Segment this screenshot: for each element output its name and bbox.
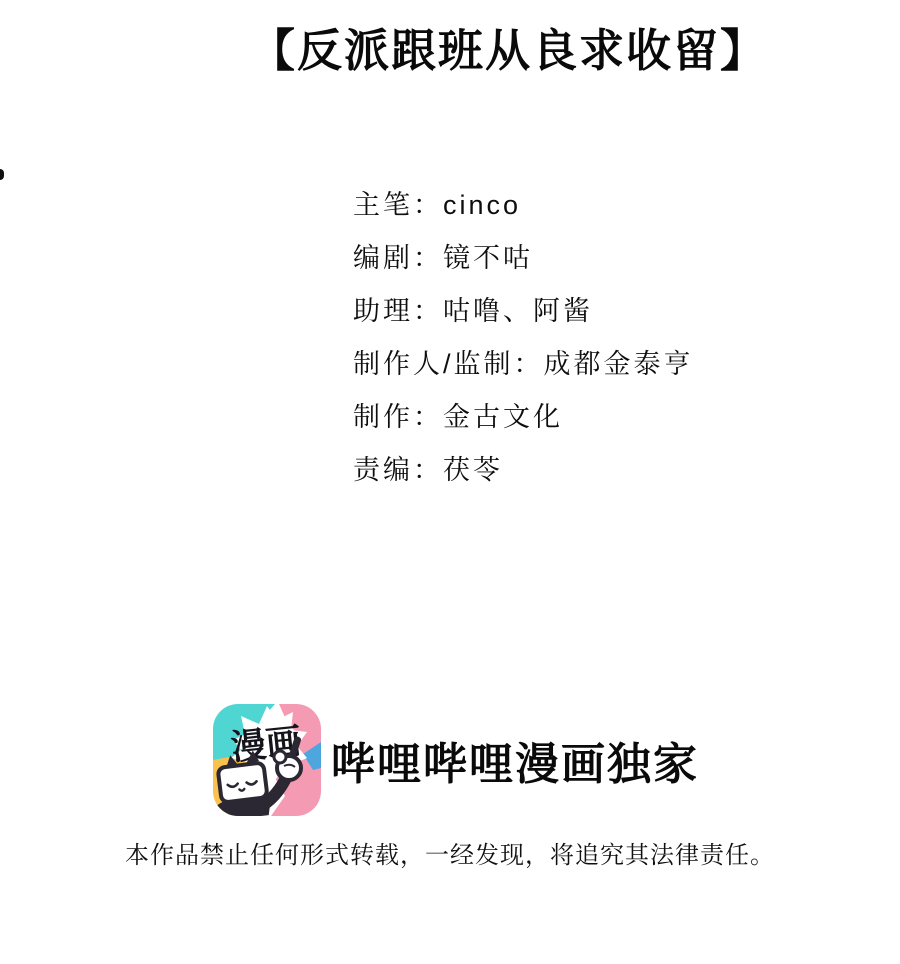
credits-list: 主笔：cinco 编剧：镜不咕 助理：咕噜、阿酱 制作人/监制：成都金泰亨 制作… [353, 179, 694, 497]
credit-row-assistant: 助理：咕噜、阿酱 [353, 285, 694, 338]
series-title: 【反派跟班从良求收留】 [250, 14, 767, 79]
credit-row-production: 制作：金古文化 [353, 391, 694, 444]
credit-value: 茯苓 [443, 455, 503, 485]
credit-label: 制作人/监制： [353, 349, 544, 379]
credit-row-editor: 责编：茯苓 [353, 444, 694, 497]
manga-credits-page: 【反派跟班从良求收留】 主笔：cinco 编剧：镜不咕 助理：咕噜、阿酱 制作人… [0, 0, 900, 964]
credit-label: 制作： [353, 402, 443, 432]
stray-ink-mark [0, 169, 4, 180]
credit-value: 咕噜、阿酱 [443, 296, 593, 326]
copyright-disclaimer: 本作品禁止任何形式转载，一经发现，将追究其法律责任。 [0, 835, 900, 870]
credit-value: cinco [443, 190, 521, 220]
brand-row: 漫画 哔哩哔哩漫画独家 [212, 704, 699, 816]
credit-row-writer: 编剧：镜不咕 [353, 232, 694, 285]
credit-value: 金古文化 [443, 402, 563, 432]
credit-label: 主笔： [353, 190, 443, 220]
credit-label: 助理： [353, 296, 443, 326]
bilibili-manga-app-icon: 漫画 [212, 704, 322, 816]
credit-label: 编剧： [353, 243, 443, 273]
credit-row-artist: 主笔：cinco [353, 179, 694, 232]
platform-exclusive-text: 哔哩哔哩漫画独家 [331, 728, 699, 792]
credit-value: 镜不咕 [443, 243, 533, 273]
credit-row-producer: 制作人/监制：成都金泰亨 [353, 338, 694, 391]
credit-label: 责编： [353, 455, 443, 485]
credit-value: 成都金泰亨 [544, 349, 694, 379]
